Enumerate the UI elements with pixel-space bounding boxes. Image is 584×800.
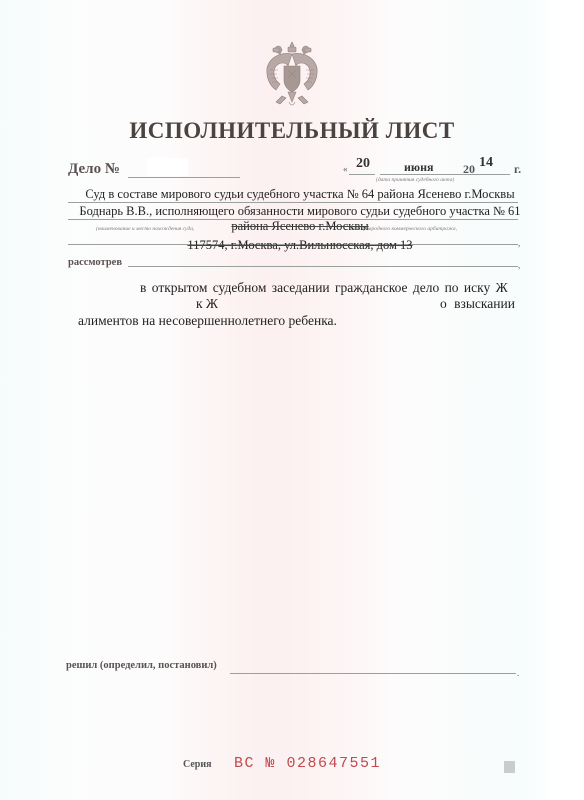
date-year-unit: г. <box>514 162 521 177</box>
coat-of-arms-icon <box>262 38 322 110</box>
date-day: 20 <box>356 156 370 172</box>
line-end-dot: . <box>517 668 519 678</box>
considered-line <box>128 266 518 267</box>
body-line-1: в открытом судебном заседании гражданско… <box>140 280 508 296</box>
court-line-2: Боднарь В.В., исполняющего обязанности м… <box>60 204 540 219</box>
body-line-2-left: к Ж <box>196 296 218 312</box>
corner-mark <box>504 761 515 773</box>
case-number-label: Дело № <box>68 161 120 178</box>
court-address: 117574, г.Москва, ул.Вильнюсская, дом 13 <box>60 238 540 253</box>
body-line-2-right: о взыскании <box>440 296 515 312</box>
date-year-line <box>478 174 510 175</box>
date-quote-open: « <box>343 164 348 174</box>
date-year: 14 <box>479 155 493 171</box>
decided-line <box>230 673 516 674</box>
date-month: июня <box>404 160 434 175</box>
case-number-redacted <box>146 158 188 176</box>
court-line-3: района Ясенево г.Москвы <box>60 219 540 234</box>
document-page: ИСПОЛНИТЕЛЬНЫЙ ЛИСТ Дело № « 20 июня 20 … <box>0 0 584 800</box>
court-line-1: Суд в составе мирового судьи судебного у… <box>60 187 540 202</box>
document-title: ИСПОЛНИТЕЛЬНЫЙ ЛИСТ <box>0 118 584 144</box>
date-year-prefix: 20 <box>463 162 475 177</box>
form-line <box>68 202 518 203</box>
date-caption: (дата принятия судебного акта) <box>376 177 454 183</box>
considered-label: рассмотрев <box>68 257 122 268</box>
decided-label: решил (определил, постановил) <box>66 660 217 671</box>
case-number-line <box>128 177 240 178</box>
date-day-line <box>349 174 375 175</box>
line-end-dot: , <box>518 260 520 270</box>
series-number: ВС № 028647551 <box>234 755 381 772</box>
series-label: Серия <box>183 759 212 770</box>
body-line-3: алиментов на несовершеннолетнего ребенка… <box>78 313 337 329</box>
